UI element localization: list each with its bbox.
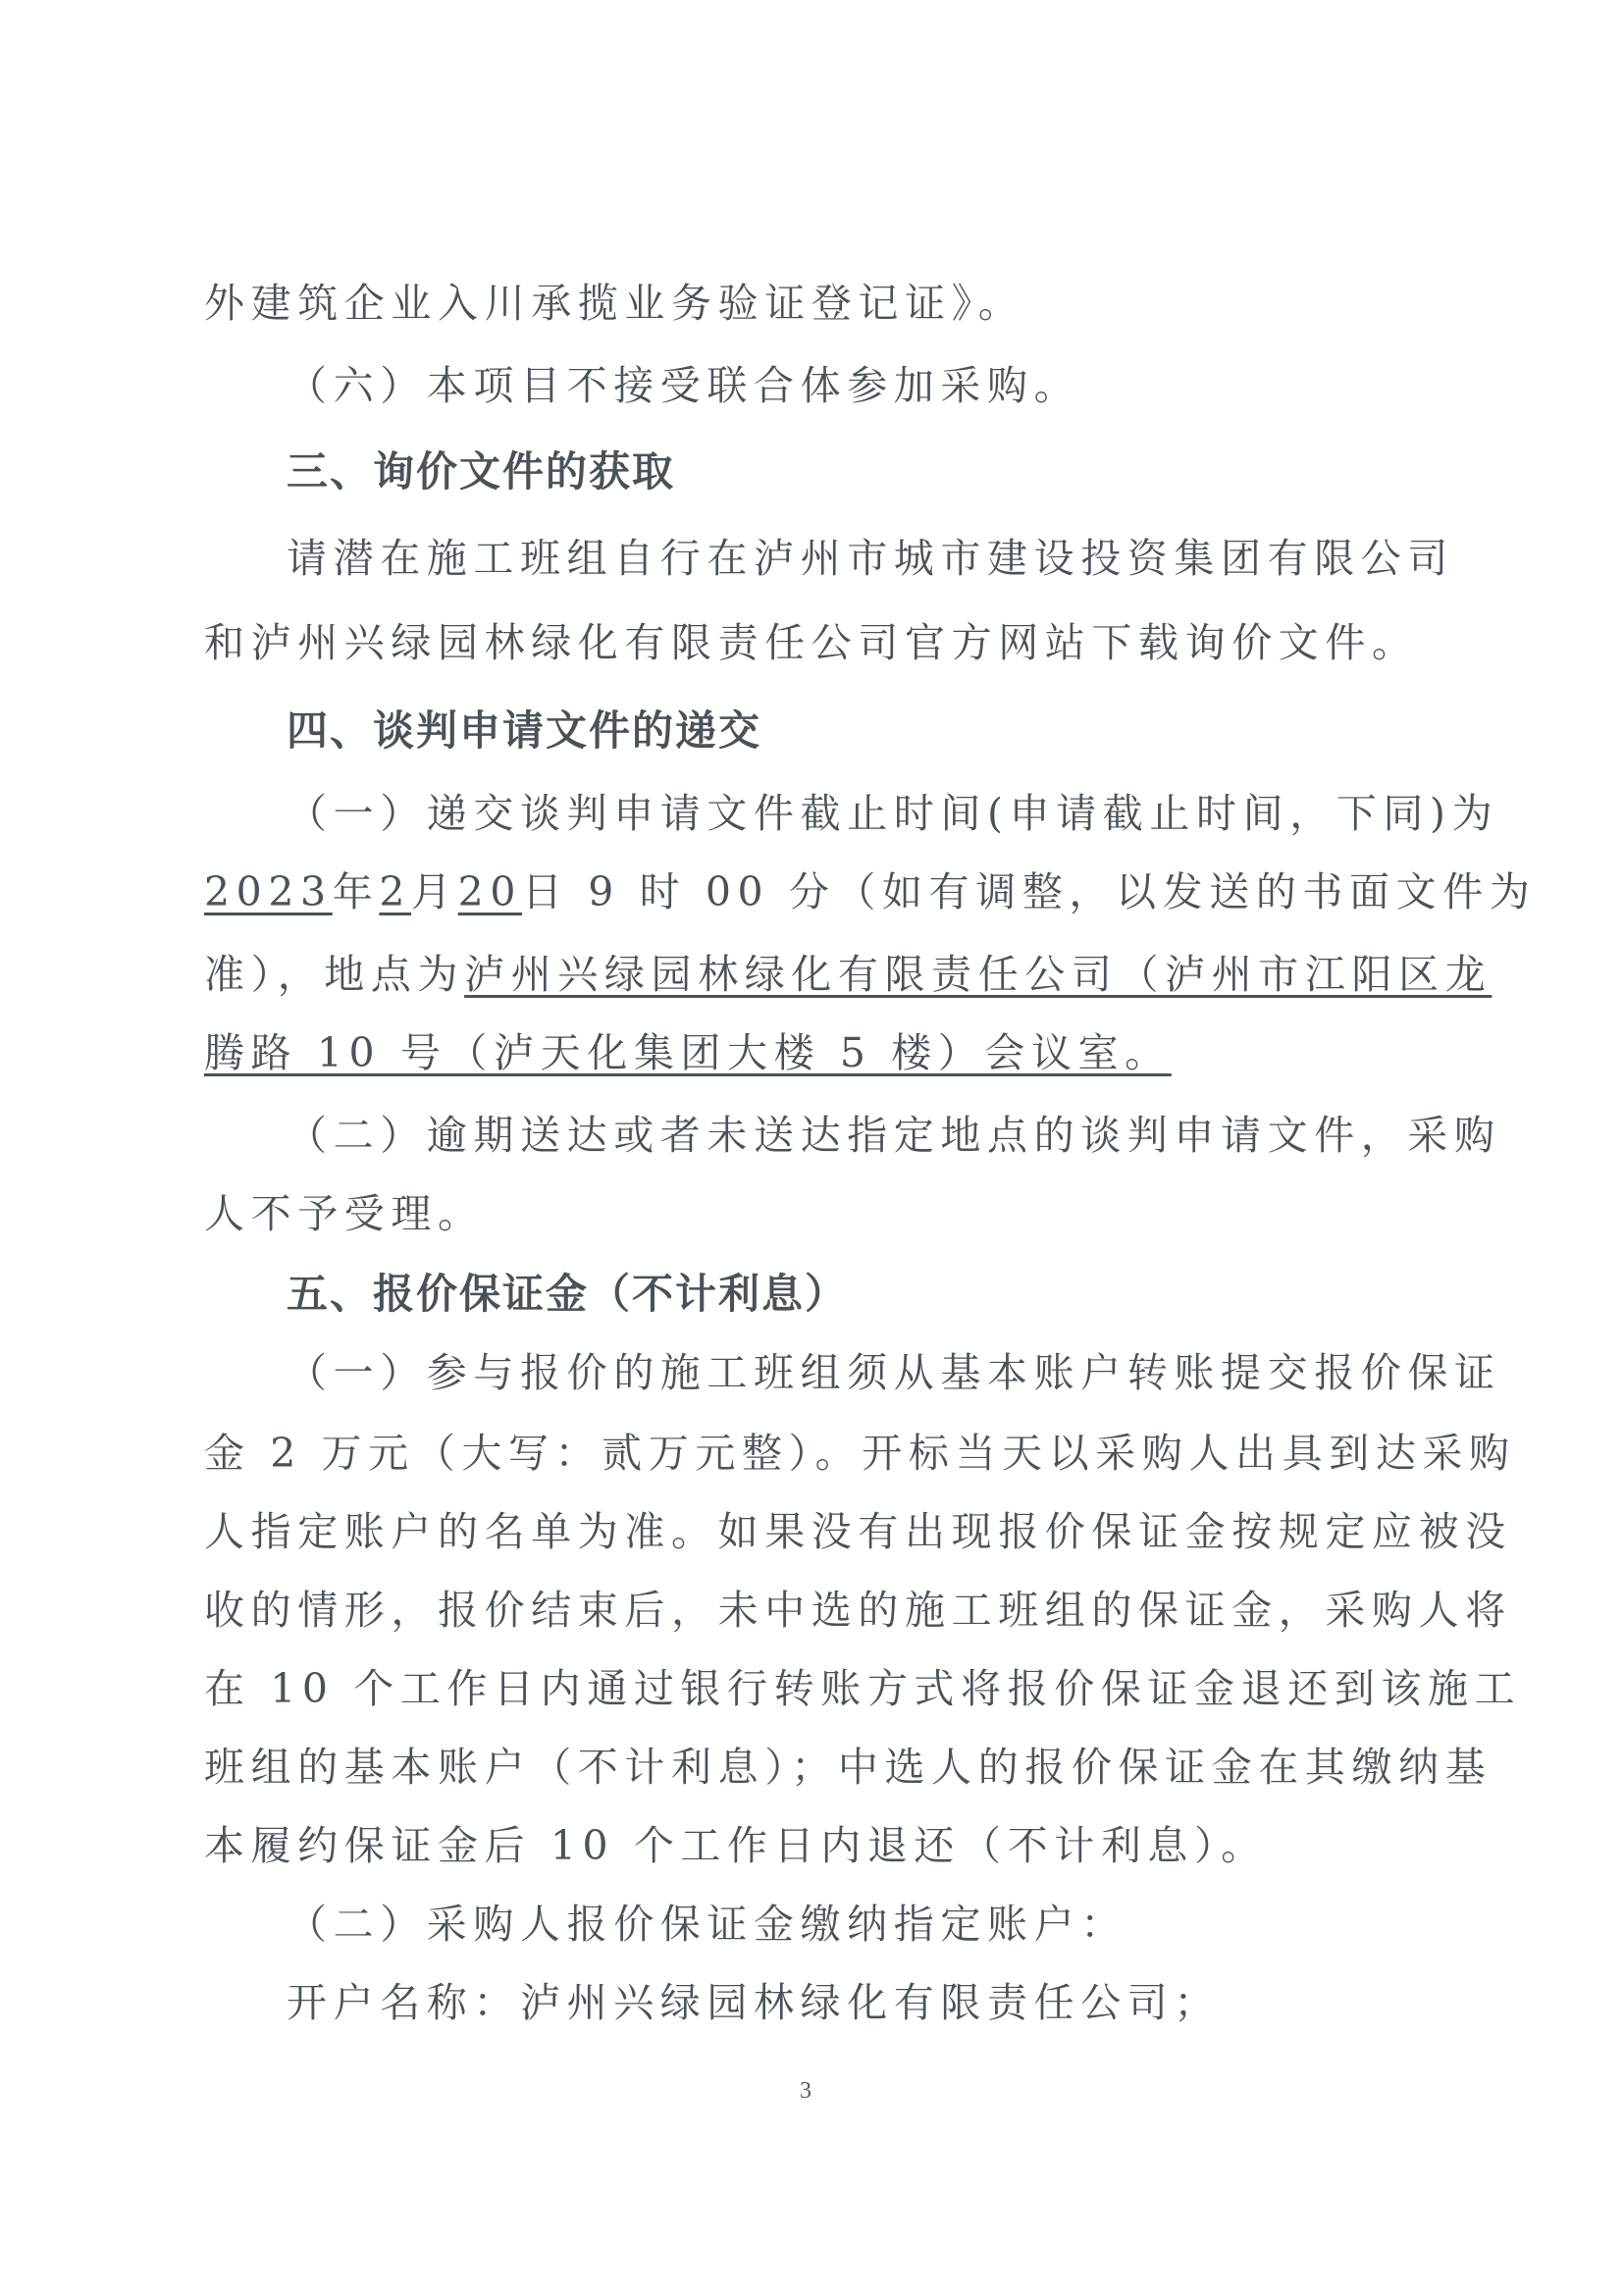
page-number: 3 [800,2078,811,2105]
document-page: 外建筑企业入川承揽业务验证登记证》。 （六）本项目不接受联合体参加采购。 三、询… [0,0,1623,2296]
paragraph-line: 收的情形，报价结束后，未中选的施工班组的保证金，采购人将 [204,1586,1512,1635]
paragraph-line: 在 10 个工作日内通过银行转账方式将报价保证金退还到该施工 [204,1664,1521,1713]
paragraph-line: 本履约保证金后 10 个工作日内退还（不计利息）。 [204,1821,1268,1870]
clause-one-deposit: （一）参与报价的施工班组须从基本账户转账提交报价保证 [287,1348,1501,1397]
paragraph-line: 人指定账户的名单为准。如果没有出现报价保证金按规定应被没 [204,1507,1512,1556]
clause-six: （六）本项目不接受联合体参加采购。 [287,361,1080,410]
paragraph-line: 人不予受理。 [204,1189,485,1238]
deadline-month: 2 [379,868,411,915]
deadline-day: 20 [458,868,522,915]
deadline-date-line: 2023年2月20日 9 时 00 分（如有调整，以发送的书面文件为 [204,867,1536,916]
deadline-rest: 日 9 时 00 分（如有调整，以发送的书面文件为 [522,868,1536,915]
section-heading-3: 三、询价文件的获取 [287,447,675,496]
clause-one-deadline: （一）递交谈判申请文件截止时间(申请截止时间，下同)为 [287,789,1498,838]
deadline-year: 2023 [204,868,333,915]
month-unit: 月 [411,868,458,915]
paragraph-line: 外建筑企业入川承揽业务验证登记证》。 [204,279,1024,328]
clause-two-late: （二）逾期送达或者未送达指定地点的谈判申请文件，采购 [287,1111,1501,1160]
location-prefix: 准），地点为 [204,951,464,998]
paragraph-line: 班组的基本账户（不计利息）；中选人的报价保证金在其缴纳基 [204,1743,1492,1792]
paragraph-line: 金 2 万元（大写：贰万元整）。开标当天以采购人出具到达采购 [204,1429,1516,1478]
location-line-2: 腾路 10 号（泸天化集团大楼 5 楼）会议室。 [204,1028,1172,1077]
account-name-line: 开户名称：泸州兴绿园林绿化有限责任公司； [287,1978,1221,2027]
section-heading-4: 四、谈判申请文件的递交 [287,706,761,756]
section-heading-5: 五、报价保证金（不计利息） [287,1270,848,1319]
location-line: 准），地点为泸州兴绿园林绿化有限责任公司（泸州市江阳区龙 [204,950,1492,999]
location-address: 泸州兴绿园林绿化有限责任公司（泸州市江阳区龙 [464,951,1492,998]
clause-two-account: （二）采购人报价保证金缴纳指定账户： [287,1900,1127,1949]
paragraph-line: 和泸州兴绿园林绿化有限责任公司官方网站下载询价文件。 [204,618,1419,667]
year-unit: 年 [333,868,380,915]
location-address-cont: 腾路 10 号（泸天化集团大楼 5 楼）会议室。 [204,1029,1172,1076]
paragraph-line: 请潜在施工班组自行在泸州市城市建设投资集团有限公司 [287,534,1454,583]
